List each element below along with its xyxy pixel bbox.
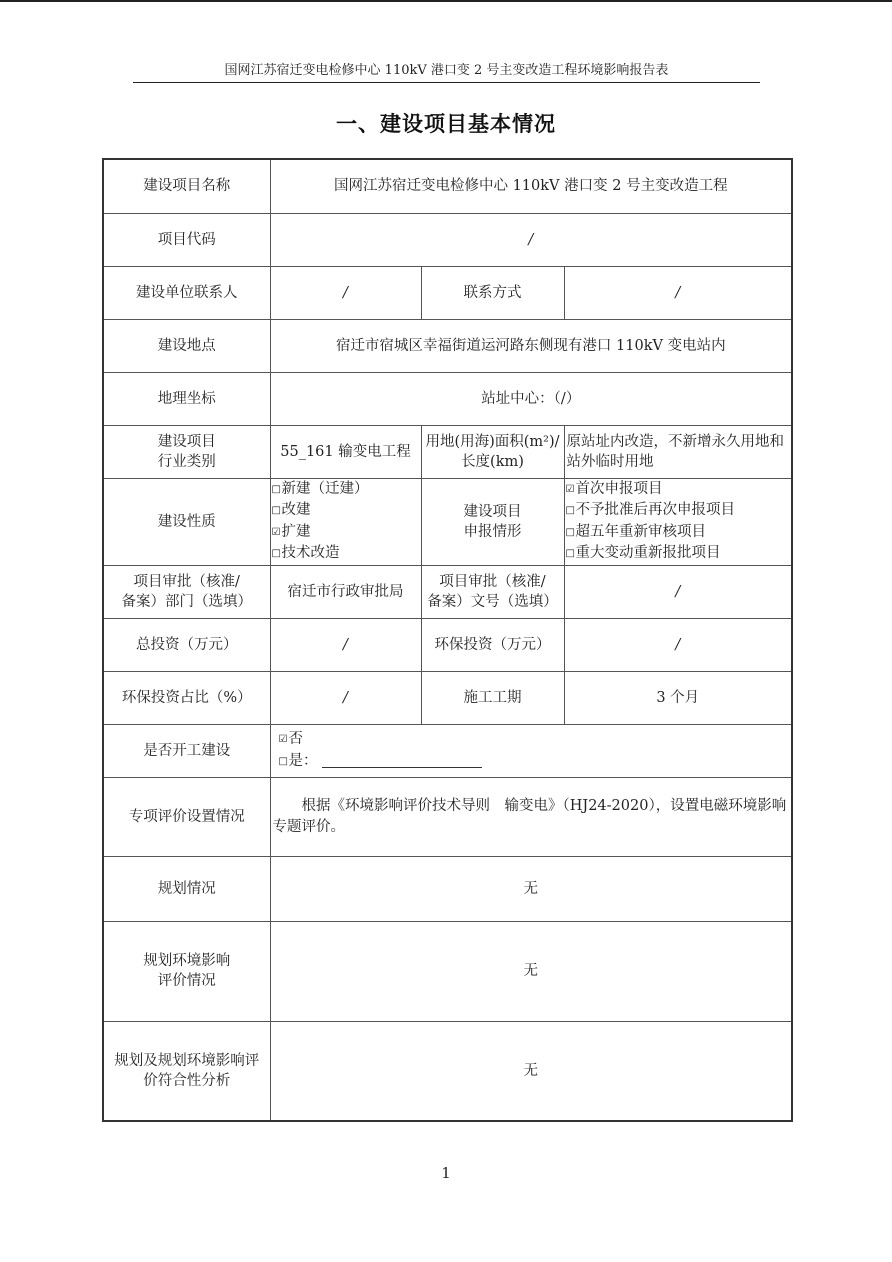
label-total-investment: 总投资（万元） <box>103 618 270 671</box>
label-declare-line1: 建设项目 <box>425 502 561 522</box>
label-approval-dept: 项目审批（核准/ 备案）部门（选填） <box>103 565 270 618</box>
header-rule <box>133 82 760 83</box>
label-location: 建设地点 <box>103 319 270 372</box>
checkbox-checked-icon: ☑ <box>272 523 281 544</box>
row-project-name: 建设项目名称 国网江苏宿迁变电检修中心 110kV 港口变 2 号主变改造工程 <box>103 159 792 213</box>
value-coordinates: 站址中心：（/） <box>270 372 792 425</box>
row-special-eval: 专项评价设置情况 根据《环境影响评价技术导则 输变电》（HJ24-2020），设… <box>103 777 792 856</box>
value-contact-method: / <box>564 266 792 319</box>
checkbox-label: 是： <box>289 753 318 769</box>
label-env-ratio: 环保投资占比（%） <box>103 671 270 724</box>
value-location: 宿迁市宿城区幸福街道运河路东侧现有港口 110kV 变电站内 <box>270 319 792 372</box>
row-compliance: 规划及规划环境影响评 价符合性分析 无 <box>103 1021 792 1121</box>
value-project-name: 国网江苏宿迁变电检修中心 110kV 港口变 2 号主变改造工程 <box>270 159 792 213</box>
label-planning: 规划情况 <box>103 856 270 921</box>
value-env-investment: / <box>564 618 792 671</box>
value-total-investment: / <box>270 618 421 671</box>
checkbox-reaudit-five-years[interactable]: □超五年重新审核项目 <box>566 522 789 544</box>
label-construction-period: 施工工期 <box>421 671 564 724</box>
label-contact-method: 联系方式 <box>421 266 564 319</box>
checkbox-unchecked-icon: □ <box>566 544 575 565</box>
label-started: 是否开工建设 <box>103 724 270 777</box>
started-options: ☑否 □是： <box>270 724 792 777</box>
value-approval-doc: / <box>564 565 792 618</box>
label-approval-doc-line1: 项目审批（核准/ <box>425 572 561 592</box>
project-info-table: 建设项目名称 国网江苏宿迁变电检修中心 110kV 港口变 2 号主变改造工程 … <box>102 158 793 1122</box>
label-compliance: 规划及规划环境影响评 价符合性分析 <box>103 1021 270 1121</box>
label-approval-dept-line2: 备案）部门（选填） <box>107 592 267 612</box>
label-declare-type: 建设项目 申报情形 <box>421 478 564 565</box>
section-title: 一、建设项目基本情况 <box>0 108 892 138</box>
declare-options: ☑首次申报项目 □不予批准后再次申报项目 □超五年重新审核项目 □重大变动重新报… <box>564 478 792 565</box>
value-special-eval: 根据《环境影响评价技术导则 输变电》（HJ24-2020），设置电磁环境影响专题… <box>270 777 792 856</box>
checkbox-rebuild[interactable]: □改建 <box>272 500 418 522</box>
running-header: 国网江苏宿迁变电检修中心 110kV 港口变 2 号主变改造工程环境影响报告表 <box>133 63 760 79</box>
value-approval-dept: 宿迁市行政审批局 <box>270 565 421 618</box>
checkbox-label: 改建 <box>282 502 311 518</box>
value-env-ratio: / <box>270 671 421 724</box>
checkbox-unchecked-icon: □ <box>272 544 281 565</box>
checkbox-label: 新建（迁建） <box>282 481 369 497</box>
checkbox-unchecked-icon: □ <box>566 523 575 544</box>
row-investment: 总投资（万元） / 环保投资（万元） / <box>103 618 792 671</box>
checkbox-unchecked-icon: □ <box>279 752 288 773</box>
checkbox-label: 首次申报项目 <box>576 481 663 497</box>
checkbox-label: 否 <box>289 731 304 747</box>
label-special-eval: 专项评价设置情况 <box>103 777 270 856</box>
label-land-area: 用地(用海)面积(m²)/ 长度(km) <box>421 425 564 478</box>
checkbox-label: 不予批准后再次申报项目 <box>576 502 736 518</box>
checkbox-label: 重大变动重新报批项目 <box>576 545 721 561</box>
row-coordinates: 地理坐标 站址中心：（/） <box>103 372 792 425</box>
label-approval-doc-line2: 备案）文号（选填） <box>425 592 561 612</box>
checkbox-redeclare-after-rejection[interactable]: □不予批准后再次申报项目 <box>566 500 789 522</box>
row-contact: 建设单位联系人 / 联系方式 / <box>103 266 792 319</box>
row-project-code: 项目代码 / <box>103 213 792 266</box>
checkbox-unchecked-icon: □ <box>272 501 281 522</box>
checkbox-major-change[interactable]: □重大变动重新报批项目 <box>566 543 789 565</box>
checkbox-unchecked-icon: □ <box>566 501 575 522</box>
value-construction-period: 3 个月 <box>564 671 792 724</box>
label-project-name: 建设项目名称 <box>103 159 270 213</box>
row-planning: 规划情况 无 <box>103 856 792 921</box>
value-planning-eia: 无 <box>270 921 792 1021</box>
value-project-code: / <box>270 213 792 266</box>
page-top-edge <box>0 0 892 2</box>
page-number: 1 <box>0 1164 892 1182</box>
label-nature: 建设性质 <box>103 478 270 565</box>
label-industry: 建设项目 行业类别 <box>103 425 270 478</box>
row-started: 是否开工建设 ☑否 □是： <box>103 724 792 777</box>
label-project-code: 项目代码 <box>103 213 270 266</box>
label-industry-line2: 行业类别 <box>107 452 267 472</box>
label-contact: 建设单位联系人 <box>103 266 270 319</box>
label-planning-eia: 规划环境影响 评价情况 <box>103 921 270 1021</box>
label-industry-line1: 建设项目 <box>107 432 267 452</box>
started-date-field[interactable] <box>322 753 482 768</box>
label-env-investment: 环保投资（万元） <box>421 618 564 671</box>
checkbox-expansion[interactable]: ☑扩建 <box>272 522 418 544</box>
checkbox-not-started[interactable]: ☑否 <box>279 729 789 751</box>
label-land-area-line1: 用地(用海)面积(m²)/ <box>423 432 563 452</box>
checkbox-label: 超五年重新审核项目 <box>576 524 707 540</box>
label-planning-eia-line1: 规划环境影响 <box>107 951 267 971</box>
row-planning-eia: 规划环境影响 评价情况 无 <box>103 921 792 1021</box>
value-industry: 55_161 输变电工程 <box>270 425 421 478</box>
checkbox-checked-icon: ☑ <box>279 730 288 751</box>
value-contact: / <box>270 266 421 319</box>
row-nature: 建设性质 □新建（迁建） □改建 ☑扩建 □技术改造 建设项目 申报情形 ☑首次… <box>103 478 792 565</box>
checkbox-tech-upgrade[interactable]: □技术改造 <box>272 543 418 565</box>
checkbox-new-build[interactable]: □新建（迁建） <box>272 479 418 501</box>
checkbox-first-declaration[interactable]: ☑首次申报项目 <box>566 479 789 501</box>
label-compliance-line2: 价符合性分析 <box>105 1071 269 1091</box>
label-compliance-line1: 规划及规划环境影响评 <box>105 1051 269 1071</box>
checkbox-label: 扩建 <box>282 524 311 540</box>
checkbox-unchecked-icon: □ <box>272 480 281 501</box>
label-approval-doc: 项目审批（核准/ 备案）文号（选填） <box>421 565 564 618</box>
checkbox-started[interactable]: □是： <box>279 751 789 773</box>
value-land-area: 原站址内改造，不新增永久用地和站外临时用地 <box>564 425 792 478</box>
label-approval-dept-line1: 项目审批（核准/ <box>107 572 267 592</box>
checkbox-checked-icon: ☑ <box>566 480 575 501</box>
value-planning: 无 <box>270 856 792 921</box>
label-planning-eia-line2: 评价情况 <box>107 971 267 991</box>
label-declare-line2: 申报情形 <box>425 522 561 542</box>
row-industry: 建设项目 行业类别 55_161 输变电工程 用地(用海)面积(m²)/ 长度(… <box>103 425 792 478</box>
row-ratio: 环保投资占比（%） / 施工工期 3 个月 <box>103 671 792 724</box>
value-compliance: 无 <box>270 1021 792 1121</box>
row-location: 建设地点 宿迁市宿城区幸福街道运河路东侧现有港口 110kV 变电站内 <box>103 319 792 372</box>
row-approval: 项目审批（核准/ 备案）部门（选填） 宿迁市行政审批局 项目审批（核准/ 备案）… <box>103 565 792 618</box>
label-coordinates: 地理坐标 <box>103 372 270 425</box>
nature-options: □新建（迁建） □改建 ☑扩建 □技术改造 <box>270 478 421 565</box>
checkbox-label: 技术改造 <box>282 545 340 561</box>
label-land-area-line2: 长度(km) <box>423 452 563 472</box>
